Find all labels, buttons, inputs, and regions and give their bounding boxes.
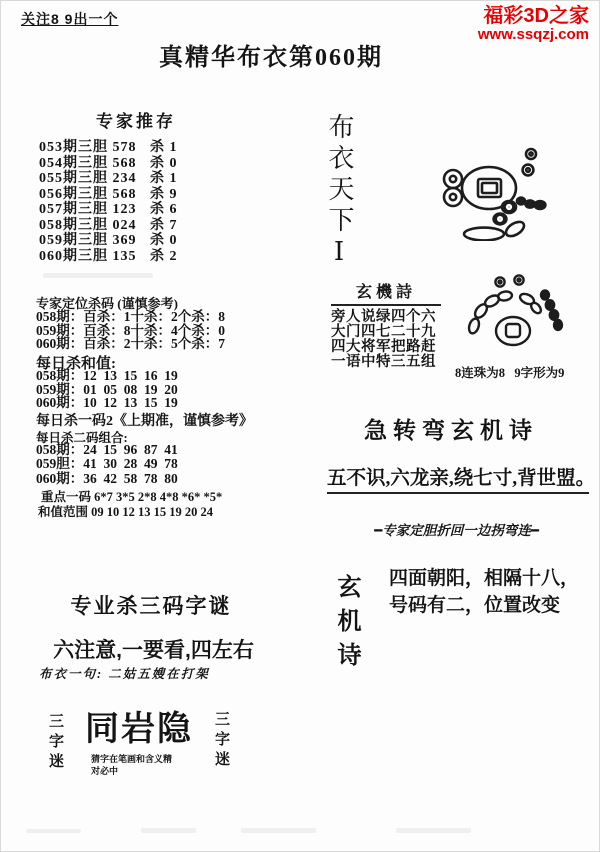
scan-artifact: [241, 828, 316, 833]
xuanji2-line: 四面朝阳，相隔十八，: [389, 565, 579, 592]
position-kill-row: 060期：百杀：2十杀：5个杀：7: [36, 337, 225, 351]
scan-artifact: [43, 273, 153, 278]
recommend-row: 060期三胆 135 杀 2: [39, 249, 178, 265]
riddle-note: 猜字在笔画和含义精 对必中: [91, 753, 191, 777]
three-char-riddle-label-left: 三字迷: [45, 713, 66, 773]
recommend-row: 055期三胆 234 杀 1: [39, 171, 178, 187]
two-kill-row: 058期：24 15 96 87 41: [36, 443, 178, 457]
expert-recommend-list: 053期三胆 578 杀 1 054期三胆 568 杀 0 055期三胆 234…: [39, 140, 178, 264]
expert-recommend-title: 专家推存: [71, 107, 201, 132]
xuanji-poem-line: 大门四七二十九: [331, 325, 441, 340]
riddle-note-line: 对必中: [91, 765, 191, 777]
two-kill-list: 058期：24 15 96 87 41 059胆：41 30 28 49 78 …: [36, 443, 178, 486]
sum-kill-row: 060期：10 12 13 15 19: [36, 396, 178, 410]
page-title: 真精华布衣第060期: [131, 37, 411, 72]
site-logo: 福彩3D之家 www.ssqzj.com: [478, 6, 589, 43]
riddle-word: 同岩隐: [85, 701, 193, 750]
recommend-row: 056期三胆 568 杀 9: [39, 187, 178, 203]
sum-kill-list: 058期：12 13 15 16 19 059期：01 05 08 19 20 …: [36, 369, 178, 410]
one-kill-line: 每日杀一码2《上期准，谨慎参考》: [36, 410, 253, 430]
lottery-chart-page: 关注8 9出一个 真精华布衣第060期 福彩3D之家 www.ssqzj.com…: [0, 0, 600, 852]
two-kill-row: 060期：36 42 58 78 80: [36, 472, 178, 486]
recommend-row: 058期三胆 024 杀 7: [39, 218, 178, 234]
sharp-turn-line: 五不识,六龙亲,绕七寸,背世盟。: [327, 462, 589, 494]
recommend-row: 057期三胆 123 杀 6: [39, 202, 178, 218]
sum-kill-row: 058期：12 13 15 16 19: [36, 369, 178, 383]
recommend-row: 059期三胆 369 杀 0: [39, 233, 178, 249]
xuanji-poem-title: 玄機詩: [331, 279, 441, 306]
two-kill-row: 059胆：41 30 28 49 78: [36, 457, 178, 471]
xuanji-poem: 玄機詩 旁人说绿四个六 大门四七二十九 四大将军把路赶 一语中特三五组: [331, 279, 441, 370]
scan-artifact: [141, 828, 196, 833]
position-kill-row: 058期：百杀：1十杀：2个杀：8: [36, 310, 225, 324]
coin-doodle: [436, 141, 554, 241]
xuanji-poem-line: 四大将军把路赶: [331, 340, 441, 355]
beads-doodle: [461, 273, 567, 361]
watch-note: 关注8 9出一个: [21, 9, 118, 29]
recommend-row: 053期三胆 578 杀 1: [39, 140, 178, 156]
scan-artifact: [26, 829, 81, 833]
xuanji2-vertical-label: 玄机诗: [329, 574, 364, 676]
position-kill-list: 058期：百杀：1十杀：2个杀：8 059期：百杀：8十杀：4个杀：0 060期…: [36, 310, 225, 351]
riddle-note-line: 猜字在笔画和含义精: [91, 753, 191, 765]
recommend-row: 054期三胆 568 杀 0: [39, 156, 178, 172]
three-char-riddle-label-right: 三字迷: [211, 711, 232, 771]
xuanji-poem-line: 一语中特三五组: [331, 355, 441, 370]
beads-caption: 8连珠为8 9字形为9: [455, 363, 564, 381]
buyi-tianxia-vertical-title: 布衣天下Ⅰ: [321, 113, 358, 272]
buyi-sentence: 布衣一句: 二姑五嫂在打架: [39, 664, 210, 682]
sharp-turn-note: ━专家定胆折回一边拐弯连━: [334, 519, 579, 539]
xuanji2-line: 号码有二，位置改变: [389, 592, 579, 619]
site-url[interactable]: www.ssqzj.com: [478, 27, 589, 43]
kill3-title: 专业杀三码字谜: [36, 590, 266, 620]
kill3-riddle: 六注意,一要看,四左右: [26, 634, 281, 664]
xuanji-poem-line: 旁人说绿四个六: [331, 310, 441, 325]
sharp-turn-title: 急转弯玄机诗: [341, 412, 561, 445]
sum-range-line: 和值范围 09 10 12 13 15 19 20 24: [38, 502, 213, 520]
xuanji2-text: 四面朝阳，相隔十八， 号码有二，位置改变: [389, 565, 579, 619]
sum-kill-row: 059期：01 05 08 19 20: [36, 383, 178, 397]
scan-artifact: [396, 828, 471, 833]
position-kill-row: 059期：百杀：8十杀：4个杀：0: [36, 324, 225, 338]
site-name[interactable]: 福彩3D之家: [478, 6, 589, 27]
